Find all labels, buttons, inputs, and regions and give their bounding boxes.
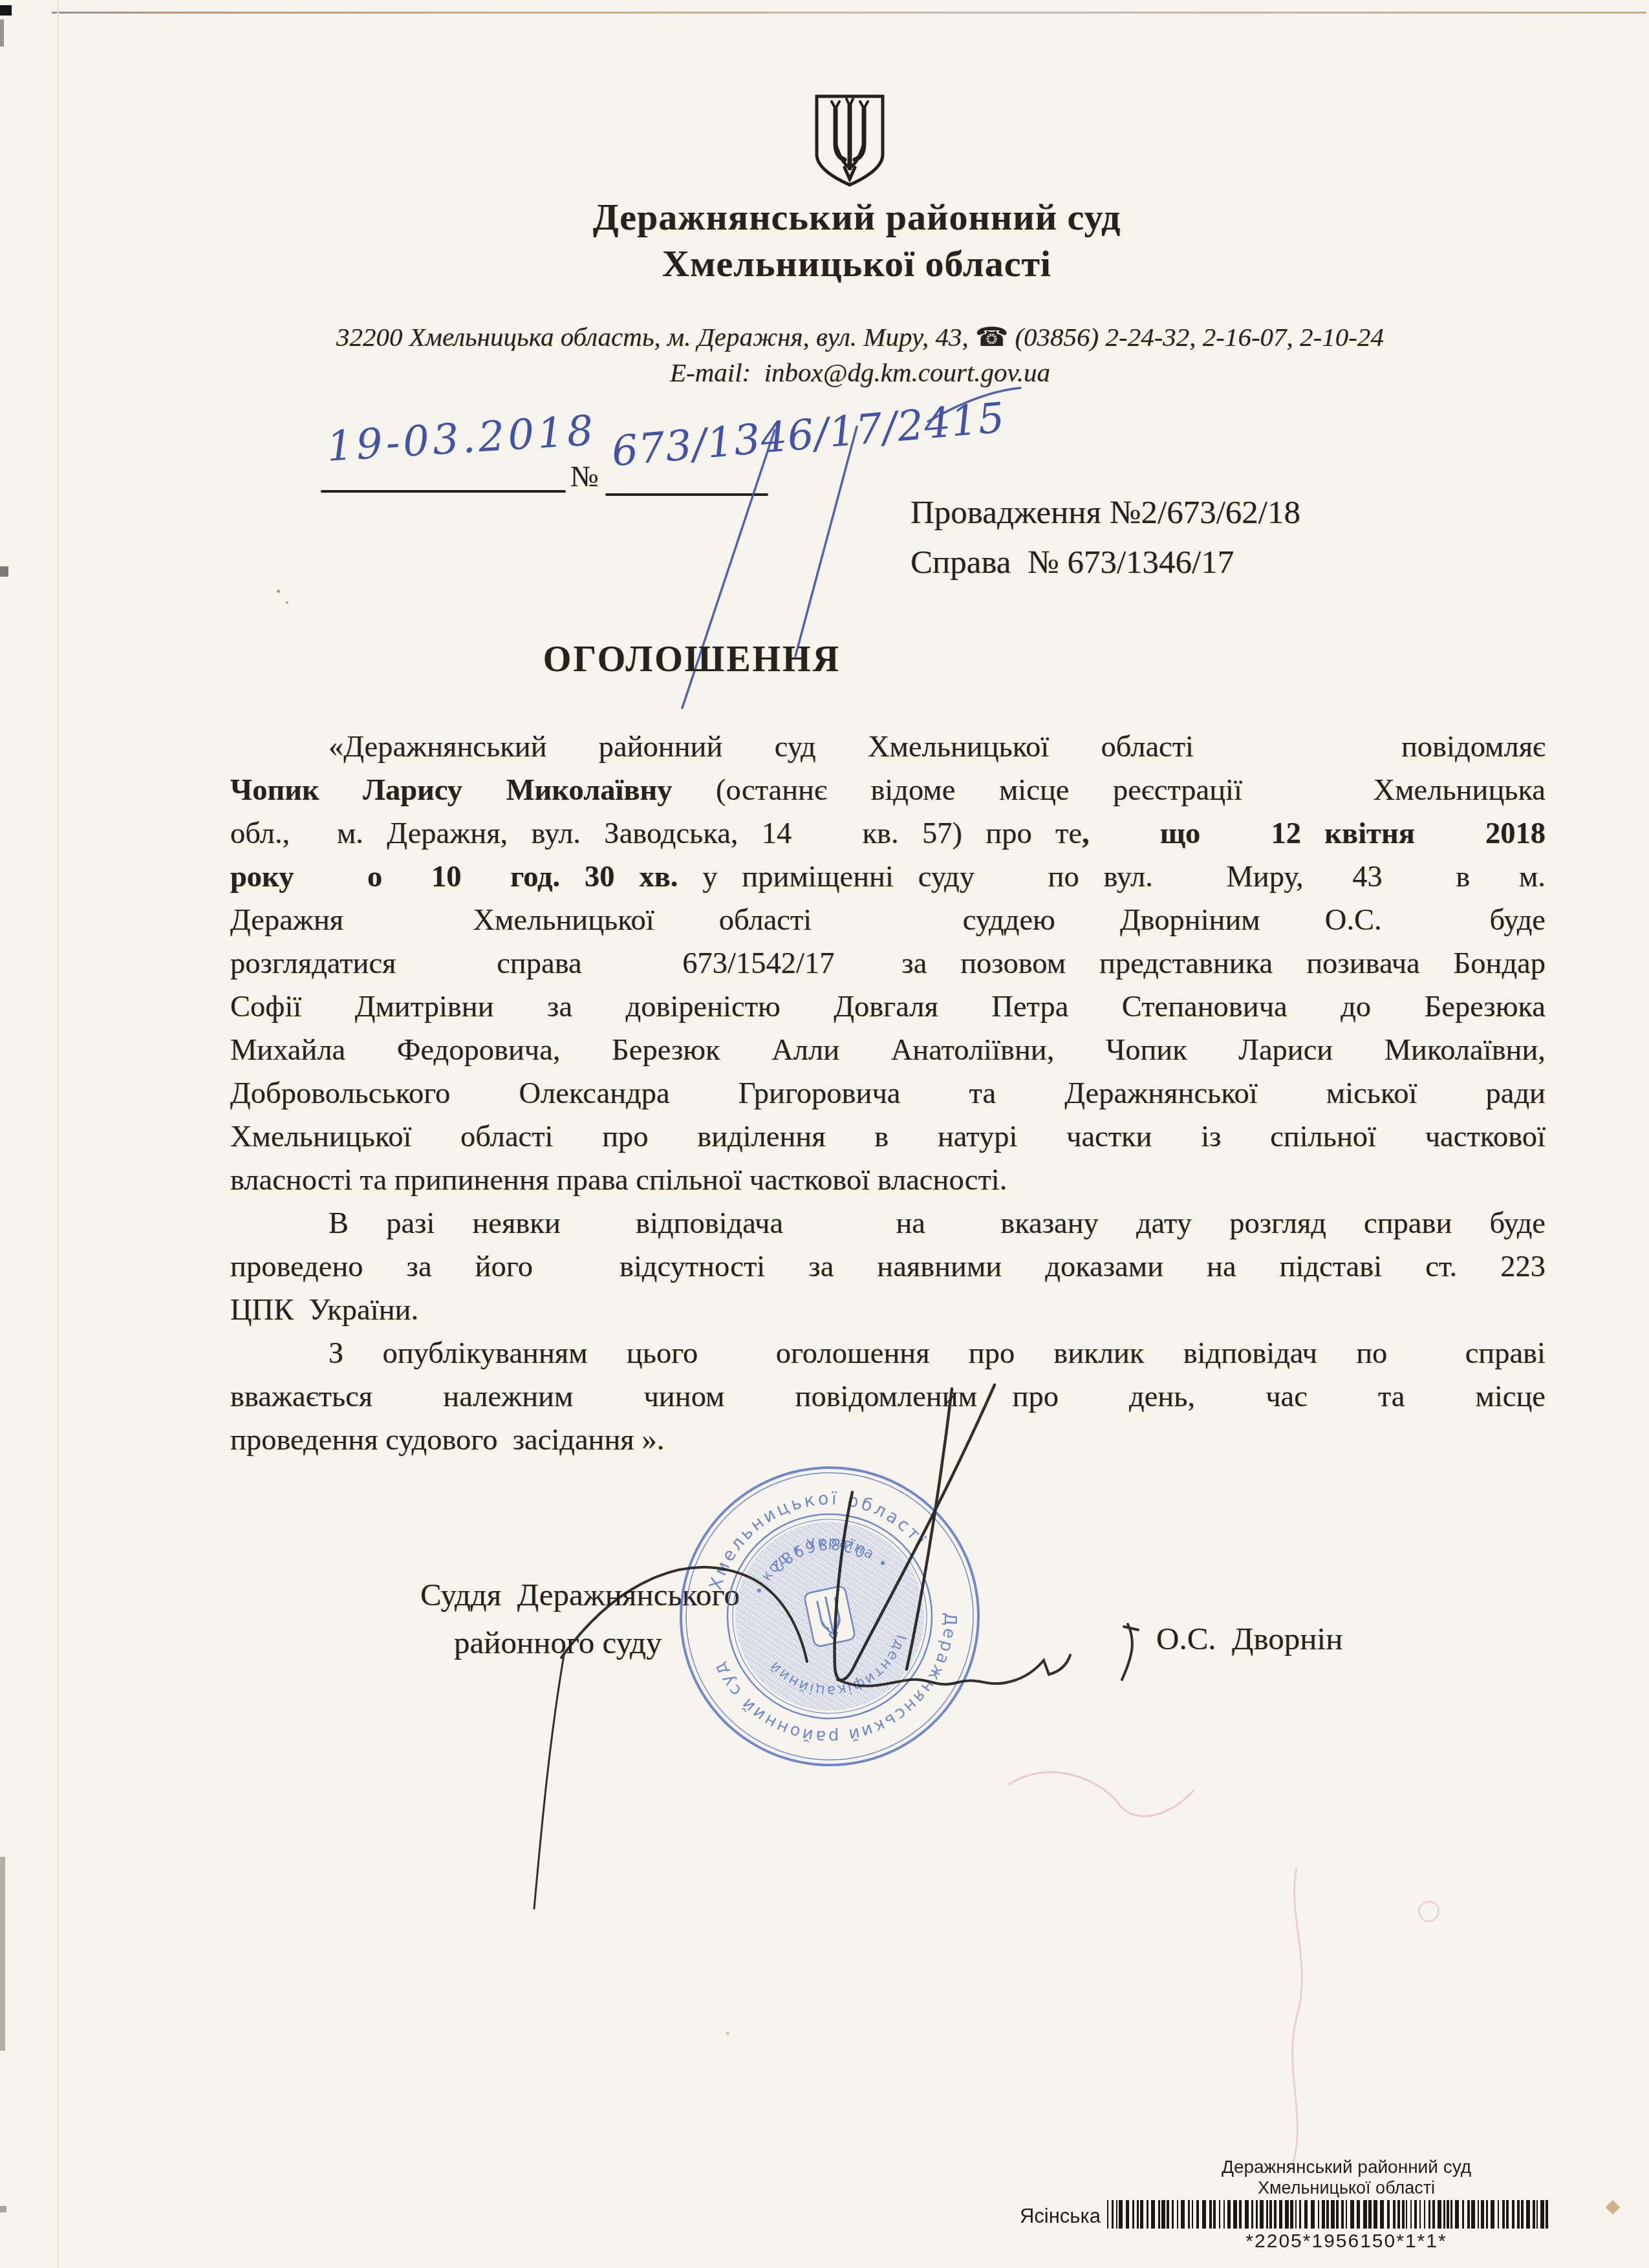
pink-stain-squiggle: [1009, 1772, 1193, 1816]
judge-signature-strokes: [0, 0, 1649, 2268]
barcode-bar: [1450, 2200, 1452, 2229]
barcode-bar: [1112, 2200, 1114, 2229]
barcode-bar: [1341, 2200, 1344, 2229]
barcode-bar: [1346, 2200, 1347, 2229]
scanned-court-document-page: Деражнянський районний суд Хмельницької …: [0, 0, 1649, 2268]
barcode-bar: [1419, 2200, 1421, 2229]
barcode-bar: [1438, 2200, 1441, 2229]
signature-squiggle: [837, 1655, 1070, 1686]
barcode-bar: [1363, 2200, 1367, 2229]
barcode-bar: [1245, 2200, 1249, 2229]
barcode-bar: [1357, 2200, 1360, 2229]
barcode-bar: [1491, 2200, 1494, 2229]
barcode-bar: [1158, 2200, 1160, 2229]
barcode-bar: [1455, 2200, 1459, 2229]
barcode-bar: [1167, 2200, 1169, 2229]
pink-stain-loop: [1419, 1901, 1439, 1921]
barcode-bar: [1260, 2200, 1264, 2229]
barcode-bar: [1223, 2200, 1225, 2229]
barcode-bar: [1350, 2200, 1354, 2229]
barcode-bar: [1188, 2200, 1190, 2229]
barcode-bar: [1414, 2200, 1417, 2229]
barcode-bar: [1213, 2200, 1216, 2229]
barcode-bar: [1132, 2200, 1134, 2229]
barcode-bar: [1239, 2200, 1242, 2229]
signature-flourish-2: [907, 1389, 952, 1669]
barcode-bar: [1269, 2200, 1272, 2229]
barcode-bar: [1380, 2200, 1384, 2229]
barcode-bar: [1285, 2200, 1289, 2229]
barcode-bar: [1387, 2200, 1390, 2229]
barcode-bar: [1137, 2200, 1139, 2229]
barcode-bar: [1331, 2200, 1335, 2229]
barcode-bar: [1196, 2200, 1199, 2229]
barcode-bar: [1318, 2200, 1319, 2229]
barcode-bar: [1161, 2200, 1165, 2229]
barcode-bar: [1107, 2200, 1108, 2229]
barcode-bar: [1279, 2200, 1282, 2229]
barcode-bar: [1147, 2200, 1148, 2229]
barcode-bar: [1322, 2200, 1325, 2229]
barcode-bar: [1397, 2200, 1400, 2229]
barcode-bar: [1467, 2200, 1470, 2229]
barcode-bar: [1290, 2200, 1293, 2229]
barcode-bar: [1256, 2200, 1258, 2229]
barcode: [1107, 2200, 1586, 2229]
barcode-bar: [1251, 2200, 1253, 2229]
barcode-bar: [1506, 2200, 1509, 2229]
barcode-bar: [1447, 2200, 1449, 2229]
barcode-bar: [1326, 2200, 1329, 2229]
barcode-bar: [1481, 2200, 1484, 2229]
barcode-bar: [1536, 2200, 1538, 2229]
barcode-bar: [1299, 2200, 1301, 2229]
barcode-bar: [1486, 2200, 1488, 2229]
barcode-bar: [1274, 2200, 1277, 2229]
barcode-bar: [1462, 2200, 1464, 2229]
barcode-bar: [1304, 2200, 1308, 2229]
barcode-bar: [1172, 2200, 1174, 2229]
barcode-bar: [1374, 2200, 1377, 2229]
barcode-bar: [1498, 2200, 1499, 2229]
barcode-number: *2205*1956150*1*1*: [1107, 2231, 1586, 2252]
barcode-bar: [1233, 2200, 1237, 2229]
barcode-bar: [1443, 2200, 1445, 2229]
barcode-bar: [1119, 2200, 1123, 2229]
barcode-bar: [1126, 2200, 1129, 2229]
barcode-bar: [1393, 2200, 1396, 2229]
barcode-bar: [1311, 2200, 1315, 2229]
barcode-bar: [1219, 2200, 1220, 2229]
clerk-name: Ясінська: [978, 2205, 1101, 2228]
barcode-bar: [1402, 2200, 1405, 2229]
barcode-bar: [1546, 2200, 1548, 2229]
barcode-bar: [1521, 2200, 1524, 2229]
barcode-bar: [1533, 2200, 1535, 2229]
barcode-bar: [1295, 2200, 1297, 2229]
barcode-bar: [1478, 2200, 1479, 2229]
barcode-bar: [1140, 2200, 1143, 2229]
barcode-bar: [1406, 2200, 1407, 2229]
barcode-bar: [1336, 2200, 1339, 2229]
barcode-bar: [1177, 2200, 1178, 2229]
barcode-bar: [1502, 2200, 1505, 2229]
signature-arc: [561, 1567, 807, 1662]
barcode-bar: [1202, 2200, 1206, 2229]
barcode-bar: [1410, 2200, 1412, 2229]
signature-hook: [1122, 1624, 1138, 1680]
barcode-bar: [1428, 2200, 1430, 2229]
barcode-bar: [1512, 2200, 1514, 2229]
barcode-bar: [1192, 2200, 1193, 2229]
signature-tail: [534, 1655, 564, 1909]
barcode-bar: [1432, 2200, 1435, 2229]
barcode-bar: [1266, 2200, 1268, 2229]
barcode-bar: [1368, 2200, 1372, 2229]
barcode-bar: [1181, 2200, 1185, 2229]
barcode-bar: [1209, 2200, 1212, 2229]
barcode-bar: [1424, 2200, 1425, 2229]
barcode-bar: [1151, 2200, 1155, 2229]
footer-court-line2: Хмельницької області: [1107, 2178, 1586, 2198]
barcode-bar: [1116, 2200, 1117, 2229]
barcode-bar: [1471, 2200, 1475, 2229]
barcode-bar: [1540, 2200, 1544, 2229]
barcode-bar: [1517, 2200, 1520, 2229]
footer-court-line1: Деражнянський районний суд: [1107, 2157, 1586, 2177]
barcode-bar: [1526, 2200, 1530, 2229]
pink-stain-vertical: [1293, 1868, 1302, 2163]
barcode-bar: [1227, 2200, 1231, 2229]
